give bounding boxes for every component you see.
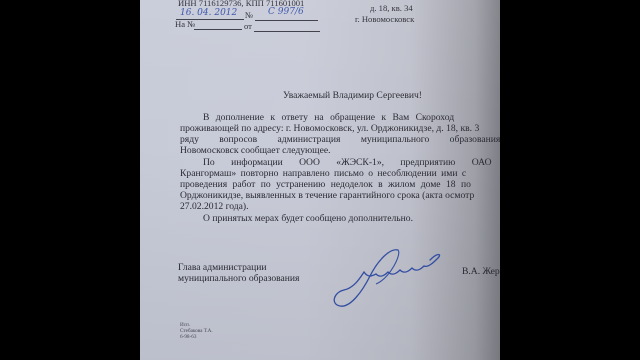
- salutation: Уважаемый Владимир Сергеевич!: [283, 90, 422, 101]
- recipient-address-line2: г. Новомосковск: [355, 14, 414, 25]
- paragraph-2-line-5: 27.02.2012 года).: [180, 201, 249, 212]
- paragraph-3-line-1: О принятых мерах будет сообщено дополнит…: [203, 213, 413, 224]
- paragraph-1-line-2: проживающей по адресу: г. Новомосковск, …: [180, 123, 479, 134]
- recipient-address-line1: д. 18, кв. 34: [370, 3, 413, 14]
- number-label: №: [245, 10, 253, 21]
- outgoing-date: 16. 04. 2012: [180, 8, 237, 19]
- reference-label: На №: [175, 19, 195, 30]
- paragraph-1-line-3: ряду вопросов администрация муниципально…: [180, 134, 500, 145]
- paragraph-2-line-3: проведения работ по устранению недоделок…: [180, 179, 471, 190]
- outgoing-number: С 997/6: [268, 7, 304, 18]
- paragraph-1-line-4: Новомосковск сообщает следующее.: [180, 145, 330, 156]
- paragraph-2-line-4: Орджоникидзе, выявленных в течение гаран…: [180, 190, 474, 201]
- number-underline: [255, 20, 318, 21]
- paragraph-2-line-1: По информации ООО «ЖЭСК-1», предприятию …: [203, 157, 500, 168]
- from-label: от: [244, 21, 252, 32]
- paragraph-1-line-1: В дополнение к ответу на обращение к Вам…: [203, 112, 454, 123]
- executor-phone: 6-98-63: [180, 334, 196, 340]
- signer-title-line2: муниципального образования: [178, 273, 299, 284]
- paragraph-2-line-2: Крангормаш» повторно направлено письмо о…: [180, 168, 466, 179]
- from-underline: [254, 31, 320, 32]
- signer-title-line1: Глава администрации: [178, 262, 267, 273]
- signer-name: В.А. Жер: [462, 266, 500, 277]
- letter-photo: ИНН 7116129736, КПП 711601001 16. 04. 20…: [140, 0, 500, 360]
- reference-underline: [194, 29, 242, 30]
- handwritten-signature-icon: [320, 248, 450, 313]
